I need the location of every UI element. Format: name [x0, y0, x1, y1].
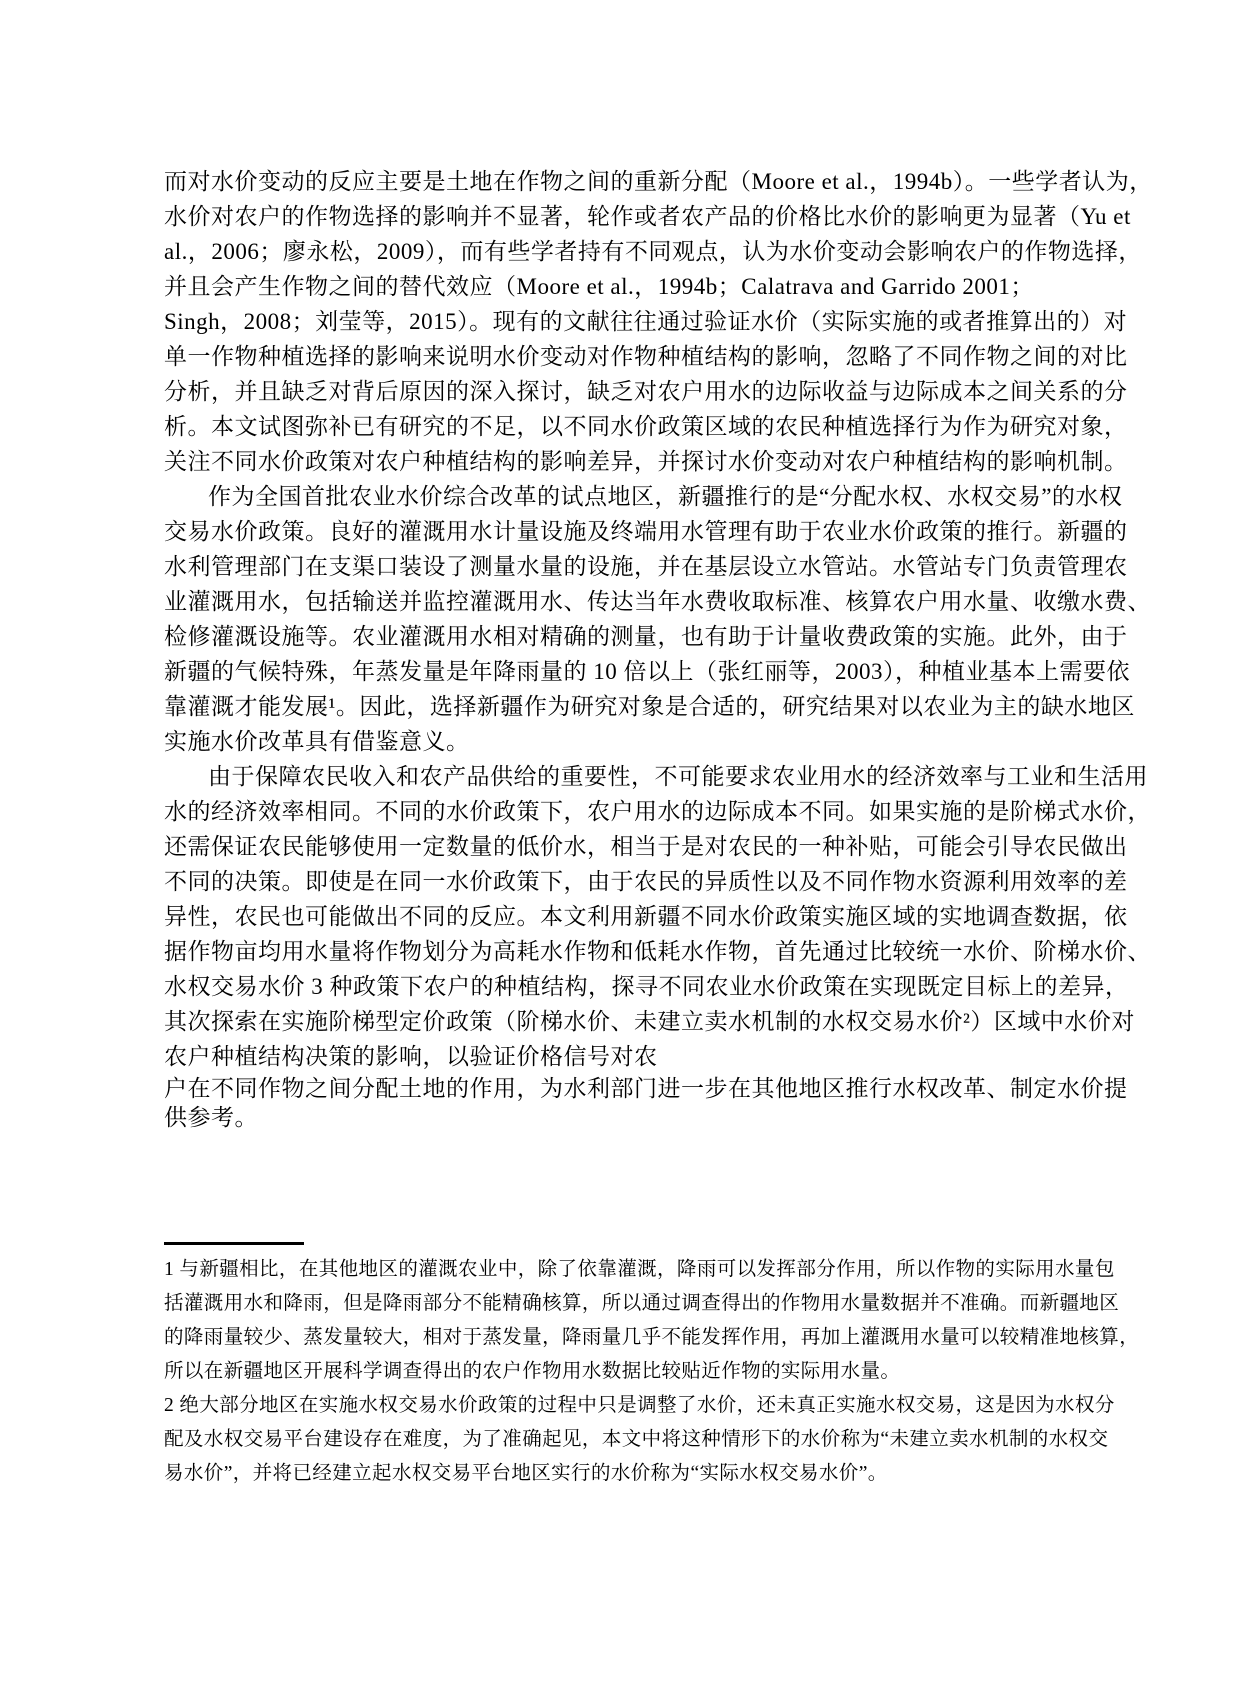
text-line: 水的经济效率相同。不同的水价政策下，农户用水的边际成本不同。如果实施的是阶梯式水…: [164, 794, 1090, 829]
text-line: Singh，2008；刘莹等，2015）。现有的文献往往通过验证水价（实际实施的…: [164, 304, 1090, 339]
text-line: 实施水价改革具有借鉴意义。: [164, 724, 1090, 759]
footnotes-section: 1 与新疆相比，在其他地区的灌溉农业中，除了依靠灌溉，降雨可以发挥部分作用，所以…: [164, 1253, 1090, 1491]
text-line: 并且会产生作物之间的替代效应（Moore et al.，1994b；Calatr…: [164, 269, 1090, 304]
footnote-line: 括灌溉用水和降雨，但是降雨部分不能精确核算，所以通过调查得出的作物用水量数据并不…: [164, 1287, 1090, 1321]
text-line: 新疆的气候特殊，年蒸发量是年降雨量的 10 倍以上（张红丽等，2003），种植业…: [164, 654, 1090, 689]
text-line: 关注不同水价政策对农户种植结构的影响差异，并探讨水价变动对农户种植结构的影响机制…: [164, 444, 1090, 479]
footnote-2: 2 绝大部分地区在实施水权交易水价政策的过程中只是调整了水价，还未真正实施水权交…: [164, 1389, 1090, 1491]
text-line: 异性，农民也可能做出不同的反应。本文利用新疆不同水价政策实施区域的实地调查数据，…: [164, 899, 1090, 934]
text-line: 农户种植结构决策的影响，以验证价格信号对农: [164, 1039, 1090, 1074]
text-line: 还需保证农民能够使用一定数量的低价水，相当于是对农民的一种补贴，可能会引导农民做…: [164, 829, 1090, 864]
text-line: al.，2006；廖永松，2009），而有些学者持有不同观点，认为水价变动会影响…: [164, 234, 1090, 269]
text-line: 单一作物种植选择的影响来说明水价变动对作物种植结构的影响，忽略了不同作物之间的对…: [164, 339, 1090, 374]
text-line: 而对水价变动的反应主要是土地在作物之间的重新分配（Moore et al.，19…: [164, 164, 1090, 199]
text-line: 水权交易水价 3 种政策下农户的种植结构，探寻不同农业水价政策在实现既定目标上的…: [164, 969, 1090, 1004]
footnote-separator: [164, 1242, 304, 1245]
footnote-line: 配及水权交易平台建设存在难度，为了准确起见，本文中将这种情形下的水价称为“未建立…: [164, 1423, 1090, 1457]
text-line: 不同的决策。即使是在同一水价政策下，由于农民的异质性以及不同作物水资源利用效率的…: [164, 864, 1090, 899]
document-body: 而对水价变动的反应主要是土地在作物之间的重新分配（Moore et al.，19…: [164, 164, 1090, 1132]
text-line: 分析，并且缺乏对背后原因的深入探讨，缺乏对农户用水的边际收益与边际成本之间关系的…: [164, 374, 1090, 409]
text-line: 作为全国首批农业水价综合改革的试点地区，新疆推行的是“分配水权、水权交易”的水权: [164, 479, 1090, 514]
footnote-line: 的降雨量较少、蒸发量较大，相对于蒸发量，降雨量几乎不能发挥作用，再加上灌溉用水量…: [164, 1321, 1090, 1355]
text-line: 交易水价政策。良好的灌溉用水计量设施及终端用水管理有助于农业水价政策的推行。新疆…: [164, 514, 1090, 549]
footnote-line: 所以在新疆地区开展科学调查得出的农户作物用水数据比较贴近作物的实际用水量。: [164, 1355, 1090, 1389]
footnote-line: 1 与新疆相比，在其他地区的灌溉农业中，除了依靠灌溉，降雨可以发挥部分作用，所以…: [164, 1253, 1090, 1287]
paragraph-4: 户在不同作物之间分配土地的作用，为水利部门进一步在其他地区推行水权改革、制定水价…: [164, 1074, 1090, 1132]
text-line: 由于保障农民收入和农产品供给的重要性，不可能要求农业用水的经济效率与工业和生活用: [164, 759, 1090, 794]
text-line: 据作物亩均用水量将作物划分为高耗水作物和低耗水作物，首先通过比较统一水价、阶梯水…: [164, 934, 1090, 969]
text-line: 靠灌溉才能发展¹。因此，选择新疆作为研究对象是合适的，研究结果对以农业为主的缺水…: [164, 689, 1090, 724]
text-line: 水价对农户的作物选择的影响并不显著，轮作或者农产品的价格比水价的影响更为显著（Y…: [164, 199, 1090, 234]
document-page: 而对水价变动的反应主要是土地在作物之间的重新分配（Moore et al.，19…: [0, 0, 1240, 1683]
footnote-line: 易水价”，并将已经建立起水权交易平台地区实行的水价称为“实际水权交易水价”。: [164, 1457, 1090, 1491]
footnote-1: 1 与新疆相比，在其他地区的灌溉农业中，除了依靠灌溉，降雨可以发挥部分作用，所以…: [164, 1253, 1090, 1389]
text-line: 析。本文试图弥补已有研究的不足，以不同水价政策区域的农民种植选择行为作为研究对象…: [164, 409, 1090, 444]
footnote-line: 2 绝大部分地区在实施水权交易水价政策的过程中只是调整了水价，还未真正实施水权交…: [164, 1389, 1090, 1423]
paragraph-1: 而对水价变动的反应主要是土地在作物之间的重新分配（Moore et al.，19…: [164, 164, 1090, 479]
text-line: 业灌溉用水，包括输送并监控灌溉用水、传达当年水费收取标准、核算农户用水量、收缴水…: [164, 584, 1090, 619]
paragraph-3: 由于保障农民收入和农产品供给的重要性，不可能要求农业用水的经济效率与工业和生活用…: [164, 759, 1090, 1074]
text-line: 供参考。: [164, 1103, 1090, 1132]
text-line: 检修灌溉设施等。农业灌溉用水相对精确的测量，也有助于计量收费政策的实施。此外，由…: [164, 619, 1090, 654]
text-line: 户在不同作物之间分配土地的作用，为水利部门进一步在其他地区推行水权改革、制定水价…: [164, 1074, 1090, 1103]
text-line: 其次探索在实施阶梯型定价政策（阶梯水价、未建立卖水机制的水权交易水价²）区域中水…: [164, 1004, 1090, 1039]
text-line: 水利管理部门在支渠口装设了测量水量的设施，并在基层设立水管站。水管站专门负责管理…: [164, 549, 1090, 584]
paragraph-2: 作为全国首批农业水价综合改革的试点地区，新疆推行的是“分配水权、水权交易”的水权…: [164, 479, 1090, 759]
